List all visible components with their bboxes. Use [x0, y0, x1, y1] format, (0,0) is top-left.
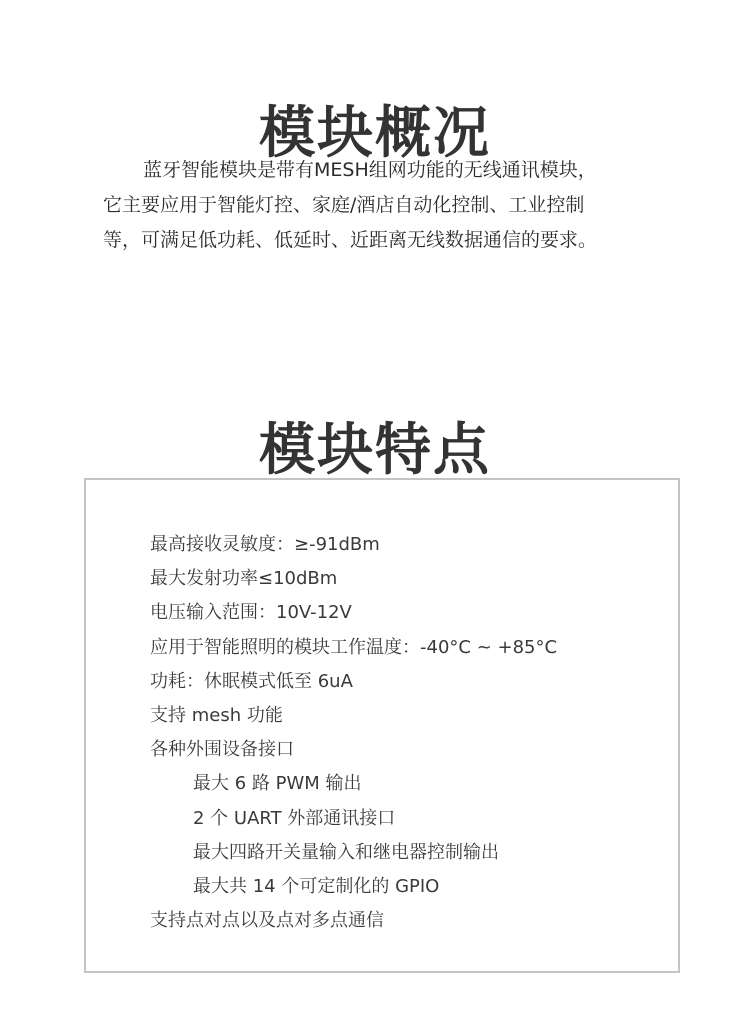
feature-item: 电压输入范围：10V-12V [150, 596, 557, 630]
feature-item: 应用于智能照明的模块工作温度：-40°C ~ +85°C [150, 631, 557, 665]
feature-subitem: 最大四路开关量输入和继电器控制输出 [150, 836, 557, 870]
feature-subitem: 2 个 UART 外部通讯接口 [150, 802, 557, 836]
features-box: 最高接收灵敏度：≥-91dBm 最大发射功率≤10dBm 电压输入范围：10V-… [84, 478, 680, 973]
feature-item: 支持 mesh 功能 [150, 699, 557, 733]
feature-item: 支持点对点以及点对多点通信 [150, 904, 557, 938]
overview-line: 蓝牙智能模块是带有MESH组网功能的无线通讯模块， [103, 153, 648, 188]
feature-subitem: 最大共 14 个可定制化的 GPIO [150, 870, 557, 904]
overview-line: 它主要应用于智能灯控、家庭/酒店自动化控制、工业控制 [103, 188, 648, 223]
overview-paragraph: 蓝牙智能模块是带有MESH组网功能的无线通讯模块， 它主要应用于智能灯控、家庭/… [103, 153, 648, 258]
feature-item: 功耗：休眠模式低至 6uA [150, 665, 557, 699]
features-list: 最高接收灵敏度：≥-91dBm 最大发射功率≤10dBm 电压输入范围：10V-… [150, 528, 557, 938]
features-title: 模块特点 [0, 423, 750, 479]
feature-item: 最高接收灵敏度：≥-91dBm [150, 528, 557, 562]
overview-line: 等，可满足低功耗、低延时、近距离无线数据通信的要求。 [103, 223, 648, 258]
feature-item: 各种外围设备接口 [150, 733, 557, 767]
feature-subitem: 最大 6 路 PWM 输出 [150, 767, 557, 801]
feature-item: 最大发射功率≤10dBm [150, 562, 557, 596]
